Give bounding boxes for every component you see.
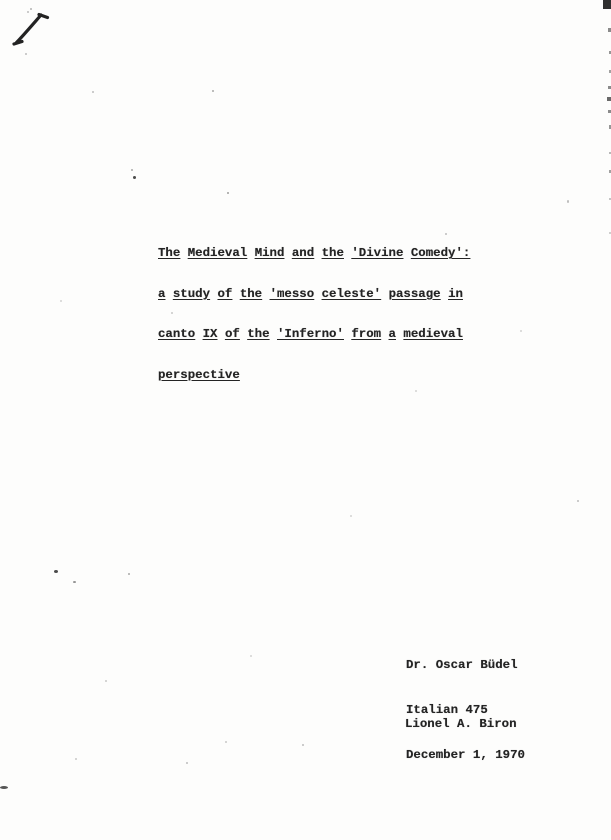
noise-speck xyxy=(131,169,133,171)
underlined-word: canto xyxy=(158,327,195,341)
noise-speck xyxy=(92,91,94,93)
title-line-4: perspective xyxy=(158,369,470,383)
noise-speck xyxy=(212,90,214,92)
noise-speck xyxy=(73,581,76,583)
underlined-word: the xyxy=(247,327,269,341)
underlined-word: perspective xyxy=(158,368,240,382)
underlined-word: passage xyxy=(389,287,441,301)
underlined-word: 'messo xyxy=(270,287,315,301)
underlined-word: a xyxy=(389,327,396,341)
noise-speck xyxy=(30,8,32,10)
underlined-word: from xyxy=(351,327,381,341)
scanned-title-page: The Medieval Mind and the 'Divine Comedy… xyxy=(0,0,611,840)
noise-speck xyxy=(54,570,58,573)
underlined-word: The xyxy=(158,246,180,260)
noise-speck xyxy=(302,744,304,746)
noise-speck xyxy=(350,515,352,517)
underlined-word: in xyxy=(448,287,463,301)
underlined-word: 'Divine xyxy=(351,246,403,260)
underlined-word: and xyxy=(292,246,314,260)
author-name: Lionel A. Biron xyxy=(405,717,517,731)
course-line: Italian 475 xyxy=(406,703,525,718)
noise-speck xyxy=(25,53,27,55)
noise-speck xyxy=(186,762,188,764)
underlined-word: Medieval xyxy=(188,246,248,260)
noise-speck xyxy=(577,500,579,502)
course-credit-block: Dr. Oscar Büdel Italian 475 December 1, … xyxy=(406,628,525,793)
noise-speck xyxy=(27,11,29,13)
noise-speck xyxy=(227,192,229,194)
noise-speck xyxy=(60,300,62,302)
underlined-word: a xyxy=(158,287,165,301)
noise-speck xyxy=(105,680,107,682)
underlined-word: Comedy': xyxy=(411,246,471,260)
underlined-word: of xyxy=(218,287,233,301)
date-line: December 1, 1970 xyxy=(406,748,525,763)
underlined-word: Mind xyxy=(255,246,285,260)
title-line-1: The Medieval Mind and the 'Divine Comedy… xyxy=(158,247,470,261)
underlined-word: celeste' xyxy=(322,287,382,301)
pen-mark xyxy=(8,4,58,60)
page-title: The Medieval Mind and the 'Divine Comedy… xyxy=(158,220,470,409)
noise-speck xyxy=(75,758,77,760)
underlined-word: 'Inferno' xyxy=(277,327,344,341)
noise-speck xyxy=(171,312,173,314)
underlined-word: the xyxy=(240,287,262,301)
underlined-word: the xyxy=(322,246,344,260)
noise-speck xyxy=(0,786,8,789)
noise-speck xyxy=(128,573,130,575)
underlined-word: IX xyxy=(203,327,218,341)
noise-speck xyxy=(133,176,136,179)
underlined-word: study xyxy=(173,287,210,301)
instructor-line: Dr. Oscar Büdel xyxy=(406,658,525,673)
underlined-word: of xyxy=(225,327,240,341)
underlined-word: medieval xyxy=(403,327,463,341)
noise-speck xyxy=(225,741,227,743)
scan-edge-tick xyxy=(607,97,611,101)
noise-speck xyxy=(520,330,522,332)
noise-speck xyxy=(415,390,417,392)
scan-edge-tick xyxy=(603,0,611,9)
noise-speck xyxy=(250,655,252,657)
noise-speck xyxy=(567,200,569,203)
title-line-2: a study of the 'messo celeste' passage i… xyxy=(158,288,470,302)
title-line-3: canto IX of the 'Inferno' from a medieva… xyxy=(158,328,470,342)
noise-speck xyxy=(445,233,447,235)
